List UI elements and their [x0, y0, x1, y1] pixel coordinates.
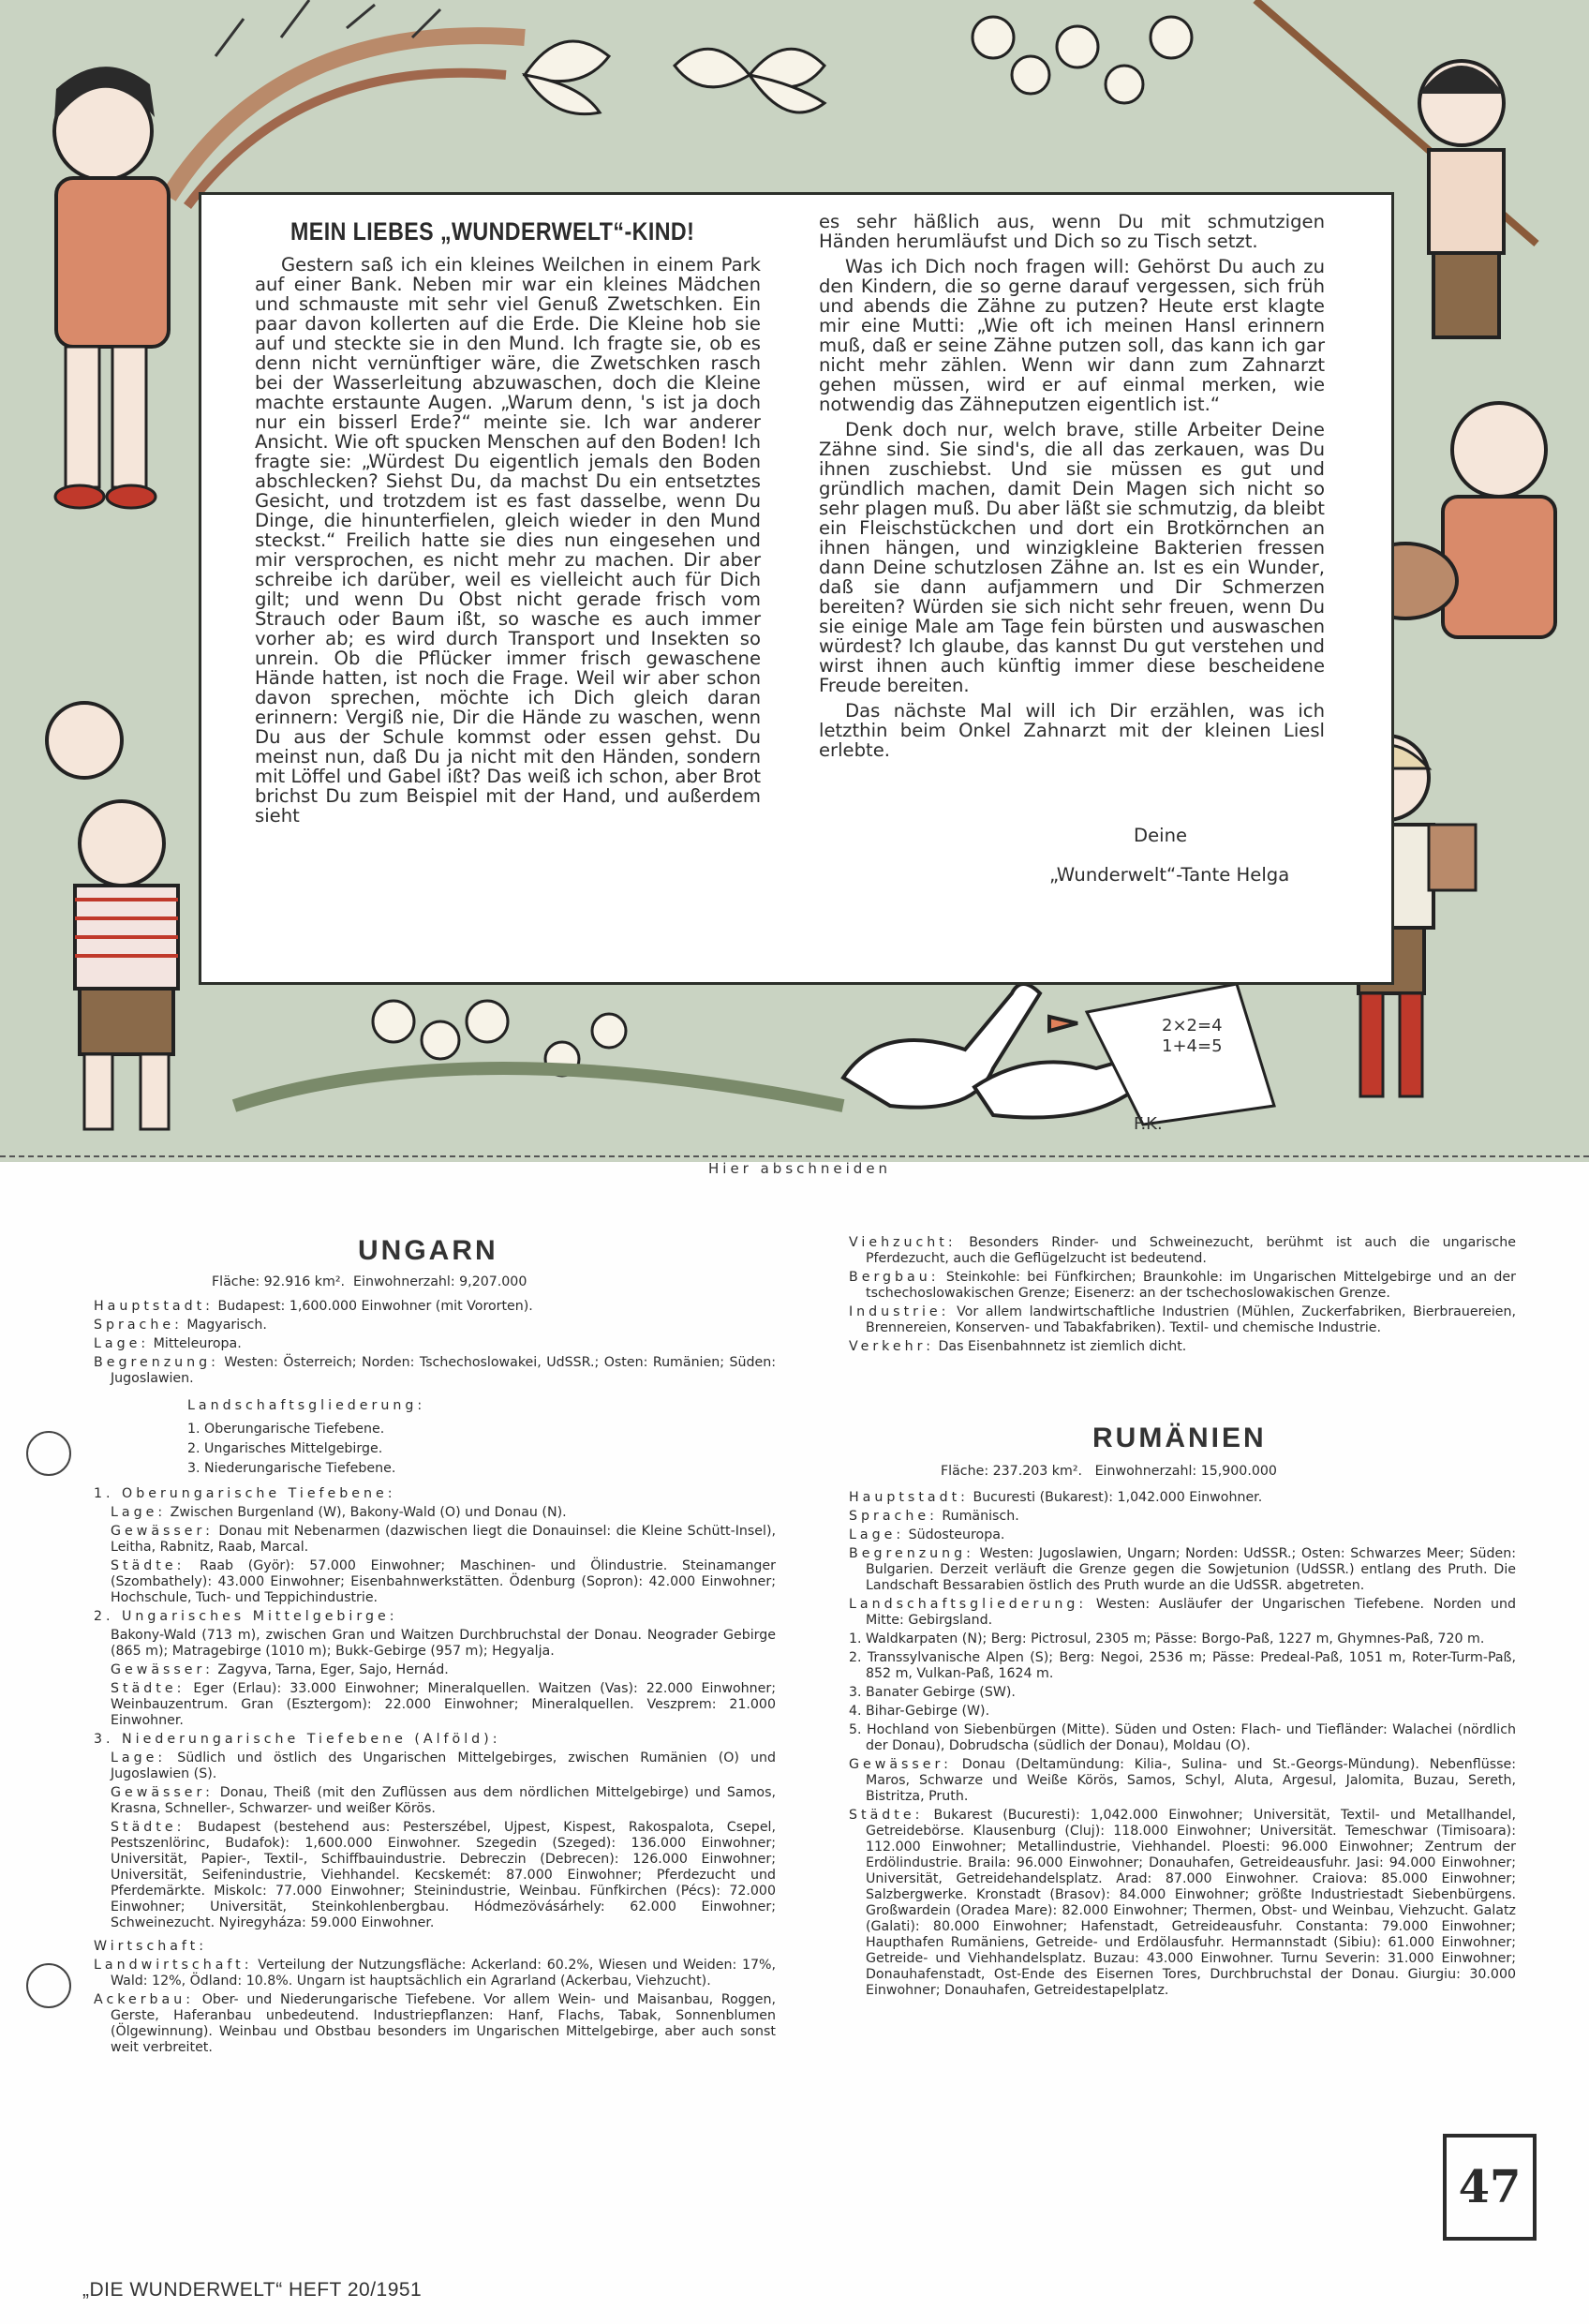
letter-paragraph: es sehr häßlich aus, wenn Du mit schmutz…	[819, 212, 1325, 251]
wheat-icon	[169, 0, 525, 206]
ungarn-title: UNGARN	[358, 1235, 498, 1267]
landscape-list: Landschaftsgliederung: 1. Oberungarische…	[94, 1398, 776, 1477]
ungarn-area-population: Fläche: 92.916 km². Einwohnerzahl: 9,207…	[212, 1274, 527, 1289]
letter-right-column: es sehr häßlich aus, wenn Du mit schmutz…	[819, 212, 1325, 760]
letter-paragraph: Das nächste Mal will ich Dir erzählen, w…	[819, 701, 1325, 760]
girl-figure-icon	[54, 67, 169, 508]
letter-signature: „Wunderwelt“-Tante Helga	[1049, 864, 1289, 886]
letter-paragraph: Gestern saß ich ein kleines Weilchen in …	[255, 255, 761, 826]
artist-signature: F.K.	[1134, 1114, 1163, 1134]
children-piggyback-icon	[47, 703, 178, 1129]
fact-line: Lage: Mitteleuropa.	[94, 1336, 776, 1352]
letter-paragraph: Denk doch nur, welch brave, stille Arbei…	[819, 420, 1325, 695]
fact-line: Begrenzung: Westen: Österreich; Norden: …	[94, 1355, 776, 1387]
ungarn-facts: Hauptstadt: Budapest: 1,600.000 Einwohne…	[94, 1299, 776, 2059]
page-number: 47	[1443, 2134, 1537, 2241]
letter-left-column: Gestern saß ich ein kleines Weilchen in …	[255, 255, 761, 826]
illustrated-border: 2×2=4 1+4=5 F.K.	[0, 0, 1589, 1162]
ungarn-regions: 1. Oberungarische Tiefebene: Lage: Zwisc…	[94, 1486, 776, 1931]
letter-title: MEIN LIEBES „WUNDERWELT“-KIND!	[290, 217, 694, 246]
punch-hole-icon	[26, 1963, 71, 2008]
magazine-footer: „DIE WUNDERWELT“ HEFT 20/1951	[82, 2279, 422, 2302]
svg-text:2×2=4: 2×2=4	[1162, 1016, 1223, 1035]
butterfly-icon	[525, 41, 609, 114]
rumaenien-facts: Hauptstadt: Bucuresti (Bukarest): 1,042.…	[849, 1490, 1516, 2002]
svg-text:1+4=5: 1+4=5	[1162, 1036, 1223, 1056]
rumaenien-title: RUMÄNIEN	[1092, 1423, 1267, 1454]
leaf-icon	[234, 1068, 843, 1106]
cut-line	[0, 1155, 1589, 1157]
bellflower-icon	[973, 17, 1192, 103]
fact-line: Sprache: Magyarisch.	[94, 1318, 776, 1333]
ungarn-economy-continued: Viehzucht: Besonders Rinder- und Schwein…	[849, 1235, 1516, 1358]
punch-hole-icon	[26, 1431, 71, 1476]
cut-label: Hier abschneiden	[708, 1160, 891, 1177]
fact-line: Hauptstadt: Budapest: 1,600.000 Einwohne…	[94, 1299, 776, 1315]
butterfly-icon	[675, 49, 824, 112]
letter-paragraph: Was ich Dich noch fragen will: Gehörst D…	[819, 257, 1325, 414]
letter-closing: Deine	[1134, 825, 1187, 846]
rumaenien-area-population: Fläche: 237.203 km². Einwohnerzahl: 15,9…	[941, 1464, 1277, 1479]
ungarn-economy: Wirtschaft: Landwirtschaft: Verteilung d…	[94, 1939, 776, 2056]
